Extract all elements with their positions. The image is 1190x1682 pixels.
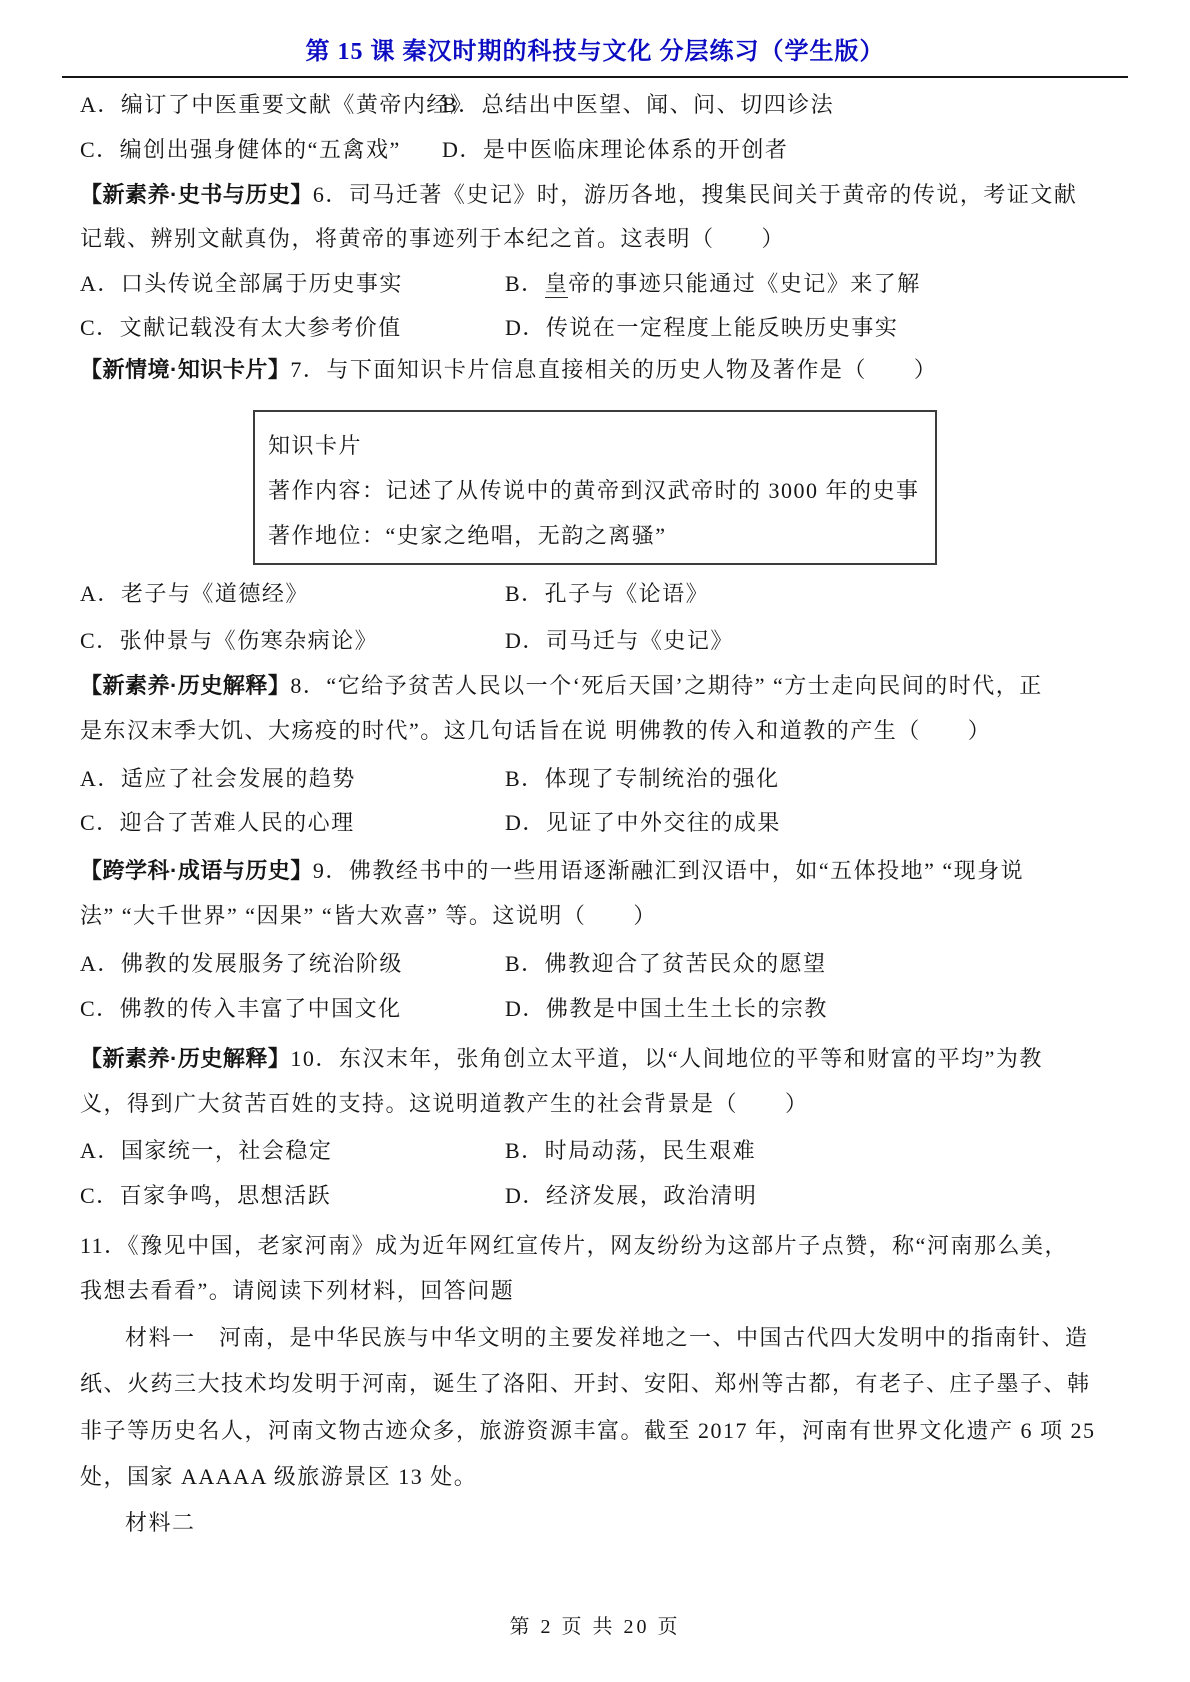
q11-material1-line-3: 非子等历史名人，河南文物古迹众多，旅游资源丰富。截至 2017 年，河南有世界文… [80, 1408, 1096, 1453]
q5-options-row-1: A．编订了中医重要文献《黄帝内经》B．总结出中医望、闻、问、切四诊法 [80, 82, 834, 127]
q5-option-d: D．是中医临床理论体系的开创者 [442, 137, 788, 162]
q11-material2-text: 材料二 [125, 1510, 196, 1535]
q10-options-row-1: A．国家统一，社会稳定B．时局动荡，民生艰难 [80, 1128, 756, 1173]
q6-option-a: A．口头传说全部属于历史事实 [80, 261, 505, 306]
q8-options-row-1: A．适应了社会发展的趋势B．体现了专制统治的强化 [80, 756, 780, 801]
q11-stem-line-2: 我想去看看”。请阅读下列材料，回答问题 [80, 1268, 514, 1313]
q9-options-row-1: A．佛教的发展服务了统治阶级B．佛教迎合了贫苦民众的愿望 [80, 941, 827, 986]
q10-option-b: B．时局动荡，民生艰难 [505, 1138, 756, 1163]
q9-stem-line-1: 【跨学科·成语与历史】9．佛教经书中的一些用语逐渐融汇到汉语中，如“五体投地” … [80, 848, 1024, 893]
q8-option-a: A．适应了社会发展的趋势 [80, 756, 505, 801]
q5-option-a: A．编订了中医重要文献《黄帝内经》 [80, 82, 442, 127]
q8-option-c: C．迎合了苦难人民的心理 [80, 800, 505, 845]
q6-option-d: D．传说在一定程度上能反映历史事实 [505, 315, 898, 340]
q6-options-row-2: C．文献记载没有太大参考价值D．传说在一定程度上能反映历史事实 [80, 305, 898, 350]
q6-options-row-1: A．口头传说全部属于历史事实B．皇帝的事迹只能通过《史记》来了解 [80, 261, 921, 306]
page-number-footer: 第 2 页 共 20 页 [0, 1605, 1190, 1650]
q10-stem-line-1: 【新素养·历史解释】10．东汉末年，张角创立太平道，以“人间地位的平等和财富的平… [80, 1036, 1043, 1081]
q9-tag: 【跨学科·成语与历史】 [80, 858, 313, 883]
document-page: 第 15 课 秦汉时期的科技与文化 分层练习（学生版） A．编订了中医重要文献《… [0, 0, 1190, 1682]
q8-options-row-2: C．迎合了苦难人民的心理D．见证了中外交往的成果 [80, 800, 781, 845]
q11-material1-text-4: 处，国家 AAAAA 级旅游景区 13 处。 [80, 1464, 477, 1489]
q9-option-c: C．佛教的传入丰富了中国文化 [80, 986, 505, 1031]
q9-option-d: D．佛教是中国土生土长的宗教 [505, 996, 828, 1021]
q7-stem-line: 【新情境·知识卡片】7．与下面知识卡片信息直接相关的历史人物及著作是（ ） [80, 347, 937, 392]
q6-option-b: B．皇帝的事迹只能通过《史记》来了解 [505, 271, 921, 298]
q6-stem-text-1: 6．司马迁著《史记》时，游历各地，搜集民间关于黄帝的传说，考证文献 [313, 182, 1078, 207]
q7-options-row-1: A．老子与《道德经》B．孔子与《论语》 [80, 571, 709, 616]
q9-options-row-2: C．佛教的传入丰富了中国文化D．佛教是中国土生土长的宗教 [80, 986, 828, 1031]
q6-stem-text-2: 记载、辨别文献真伪，将黄帝的事迹列于本纪之首。这表明（ ） [80, 226, 785, 251]
q9-stem-text-2: 法” “大千世界” “因果” “皆大欢喜” 等。这说明（ ） [80, 903, 657, 928]
knowledge-card: 知识卡片 著作内容：记述了从传说中的黄帝到汉武帝时的 3000 年的史事 著作地… [253, 410, 937, 565]
q8-stem-line-1: 【新素养·历史解释】8．“它给予贫苦人民以一个‘死后天国’之期待” “方士走向民… [80, 663, 1043, 708]
q8-option-b: B．体现了专制统治的强化 [505, 766, 780, 791]
q11-material1-text-2: 纸、火药三大技术均发明于河南，诞生了洛阳、开封、安阳、郑州等古都，有老子、庄子墨… [80, 1371, 1091, 1396]
q11-material2-line: 材料二 [125, 1500, 196, 1545]
q5-option-c: C．编创出强身健体的“五禽戏” [80, 127, 442, 172]
q7-stem-text: 7．与下面知识卡片信息直接相关的历史人物及著作是（ ） [290, 357, 937, 382]
q7-option-a: A．老子与《道德经》 [80, 571, 505, 616]
q11-material1-line-2: 纸、火药三大技术均发明于河南，诞生了洛阳、开封、安阳、郑州等古都，有老子、庄子墨… [80, 1361, 1091, 1406]
q8-stem-line-2: 是东汉末季大饥、大疡疫的时代”。这几句话旨在说 明佛教的传入和道教的产生（ ） [80, 708, 991, 753]
q11-stem-text-1: 11．《豫见中国，老家河南》成为近年网红宣传片，网友纷纷为这部片子点赞，称“河南… [80, 1233, 1068, 1258]
q10-options-row-2: C．百家争鸣，思想活跃D．经济发展，政治清明 [80, 1173, 757, 1218]
q11-stem-text-2: 我想去看看”。请阅读下列材料，回答问题 [80, 1278, 514, 1303]
q6-stem-line-2: 记载、辨别文献真伪，将黄帝的事迹列于本纪之首。这表明（ ） [80, 216, 785, 261]
header-divider [62, 76, 1128, 78]
q10-tag: 【新素养·历史解释】 [80, 1046, 290, 1071]
q11-material1-line-1: 材料一 河南，是中华民族与中华文明的主要发祥地之一、中国古代四大发明中的指南针、… [125, 1315, 1089, 1360]
q8-option-d: D．见证了中外交往的成果 [505, 810, 781, 835]
q10-option-d: D．经济发展，政治清明 [505, 1183, 757, 1208]
q7-option-b: B．孔子与《论语》 [505, 581, 709, 606]
q10-option-a: A．国家统一，社会稳定 [80, 1128, 505, 1173]
q7-option-d: D．司马迁与《史记》 [505, 628, 734, 653]
q5-option-b: B．总结出中医望、闻、问、切四诊法 [442, 92, 834, 117]
q6-option-b-rest: 帝的事迹只能通过《史记》来了解 [568, 271, 921, 296]
page-title: 第 15 课 秦汉时期的科技与文化 分层练习（学生版） [0, 31, 1190, 66]
q7-option-c: C．张仲景与《伤寒杂病论》 [80, 618, 505, 663]
q9-option-b: B．佛教迎合了贫苦民众的愿望 [505, 951, 827, 976]
q9-stem-text-1: 9．佛教经书中的一些用语逐渐融汇到汉语中，如“五体投地” “现身说 [313, 858, 1024, 883]
q6-option-b-prefix: B． [505, 271, 545, 296]
q6-option-b-underlined-char: 皇 [545, 271, 569, 298]
q10-stem-text-2: 义，得到广大贫苦百姓的支持。这说明道教产生的社会背景是（ ） [80, 1091, 809, 1116]
q6-tag: 【新素养·史书与历史】 [80, 182, 313, 207]
q6-option-c: C．文献记载没有太大参考价值 [80, 305, 505, 350]
q10-stem-text-1: 10．东汉末年，张角创立太平道，以“人间地位的平等和财富的平均”为教 [290, 1046, 1043, 1071]
q8-tag: 【新素养·历史解释】 [80, 673, 290, 698]
q10-stem-line-2: 义，得到广大贫苦百姓的支持。这说明道教产生的社会背景是（ ） [80, 1081, 809, 1126]
q8-stem-text-1: 8．“它给予贫苦人民以一个‘死后天国’之期待” “方士走向民间的时代，正 [290, 673, 1042, 698]
q8-stem-text-2: 是东汉末季大饥、大疡疫的时代”。这几句话旨在说 明佛教的传入和道教的产生（ ） [80, 718, 991, 743]
q5-options-row-2: C．编创出强身健体的“五禽戏”D．是中医临床理论体系的开创者 [80, 127, 788, 172]
knowledge-card-line-1: 著作内容：记述了从传说中的黄帝到汉武帝时的 3000 年的史事 [268, 468, 935, 513]
q7-tag: 【新情境·知识卡片】 [80, 357, 290, 382]
q11-stem-line-1: 11．《豫见中国，老家河南》成为近年网红宣传片，网友纷纷为这部片子点赞，称“河南… [80, 1223, 1068, 1268]
q6-stem-line-1: 【新素养·史书与历史】6．司马迁著《史记》时，游历各地，搜集民间关于黄帝的传说，… [80, 172, 1077, 217]
q11-material1-text-3: 非子等历史名人，河南文物古迹众多，旅游资源丰富。截至 2017 年，河南有世界文… [80, 1418, 1096, 1443]
knowledge-card-title: 知识卡片 [268, 423, 935, 468]
q10-option-c: C．百家争鸣，思想活跃 [80, 1173, 505, 1218]
knowledge-card-line-2: 著作地位：“史家之绝唱，无韵之离骚” [268, 513, 935, 558]
q9-stem-line-2: 法” “大千世界” “因果” “皆大欢喜” 等。这说明（ ） [80, 893, 657, 938]
q11-material1-text-1: 材料一 河南，是中华民族与中华文明的主要发祥地之一、中国古代四大发明中的指南针、… [125, 1325, 1089, 1350]
q11-material1-line-4: 处，国家 AAAAA 级旅游景区 13 处。 [80, 1454, 477, 1499]
q9-option-a: A．佛教的发展服务了统治阶级 [80, 941, 505, 986]
q7-options-row-2: C．张仲景与《伤寒杂病论》D．司马迁与《史记》 [80, 618, 734, 663]
